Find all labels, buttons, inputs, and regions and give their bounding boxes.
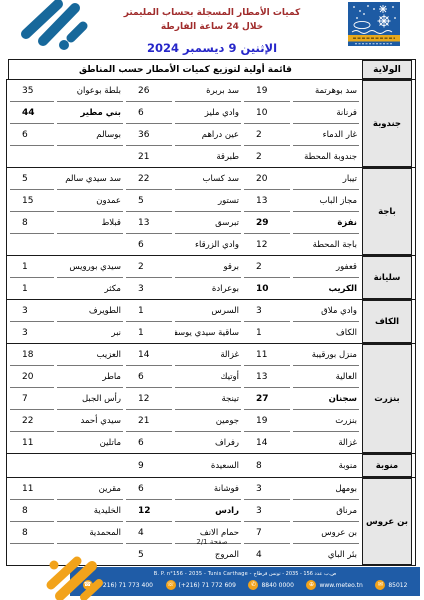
rainfall-value: 5 [126,190,172,212]
station-name: فرنانة [293,102,359,124]
table-row: بن عروسبومهل3فوشانة6مقرين11 [10,478,412,500]
rainfall-value: 12 [126,388,172,410]
station-name: تبرسق [175,212,241,234]
rainfall-value: 2 [244,256,290,278]
rainfall-value: 6 [10,124,54,146]
station-name: نفزة [293,212,359,234]
bulletin-page: كميات الأمطار المسجلة بحساب المليمتر خلا… [0,0,424,58]
rainfall-value: 3 [244,300,290,322]
rainfall-value: 13 [126,212,172,234]
rainfall-value: 3 [244,500,290,522]
fax-icon: ☏ [166,580,176,590]
rainfall-value: 27 [244,388,290,410]
rainfall-value: 44 [10,102,54,124]
station-name: ماتلين [57,432,123,453]
rainfall-value: 2 [244,124,290,146]
rainfall-value: 26 [126,80,172,102]
station-name: الكاف [293,322,359,343]
station-name: مرناق [293,500,359,522]
station-name: عين دراهم [175,124,241,146]
rainfall-value: 3 [126,278,172,299]
wilaya-column-header: الولاية [362,60,412,79]
list-title-cell: قائمة أولية لتوزيع كميات الأمطار حسب الم… [12,60,359,79]
orange-stripes-logo [46,552,104,600]
page-header: كميات الأمطار المسجلة بحساب المليمتر خلا… [0,0,424,58]
station-name: الكريب [293,278,359,299]
rainfall-value: 5 [126,544,172,565]
rainfall-value: 7 [10,388,54,410]
station-name: رأس الجبل [57,388,123,410]
station-name: العالية [293,366,359,388]
rainfall-value: 9 [126,454,172,477]
station-name: بني مطير [57,102,123,124]
governorate-group: بنزرتمنزل بورقيبة11غزالة14العزيب18العالي… [6,343,416,454]
governorate-name: منوبة [362,454,412,477]
rainfall-value: 21 [126,146,172,167]
station-name: منوبة [293,454,359,477]
governorate-name: باجة [362,168,412,255]
rainfall-value: 3 [10,322,54,343]
station-name: بلطة بوعوان [57,80,123,102]
station-name: ماطر [57,366,123,388]
table-row: بنزرت19جومين21سيدي أحمد22 [10,410,412,432]
station-name: تينجة [175,388,241,410]
rainfall-value [10,146,54,167]
footer-bar: B. P. n°156 - 2035 - Tunis Carthage - ص.… [70,567,420,596]
station-name: سد سيدي سالم [57,168,123,190]
page-number-label: صفحة 2/1 [0,538,424,546]
rainfall-value: 18 [10,344,54,366]
rainfall-value: 6 [126,102,172,124]
station-name: رادس [175,500,241,522]
rainfall-value: 10 [244,102,290,124]
governorate-group: منوبةمنوبة8السعيدة9 [6,453,416,478]
station-name: سجنان [293,388,359,410]
station-name: مجاز الباب [293,190,359,212]
rainfall-value: 6 [126,234,172,255]
station-name: فوشانة [175,478,241,500]
rainfall-value: 1 [10,278,54,299]
table-row: سليانةقعفور2برقو2سيدي بورويس1 [10,256,412,278]
rainfall-value: 12 [126,500,172,522]
phone-call-icon: ✆ [248,580,258,590]
station-name: تستور [175,190,241,212]
contact-text: www.meteo.tn [319,582,362,589]
contact-text: 85012 [388,582,407,589]
station-name: بنزرت [293,410,359,432]
rainfall-value: 1 [126,322,172,343]
station-name: عمدون [57,190,123,212]
table-row: باجةتيبار20سد كساب22سد سيدي سالم5 [10,168,412,190]
table-row: الكافوادي ملاق3السرس1الطويرف3 [10,300,412,322]
governorate-name: جندوبة [362,80,412,167]
station-name: غزالة [293,432,359,453]
rainfall-value: 2 [126,256,172,278]
footer-address: B. P. n°156 - 2035 - Tunis Carthage - ص.… [70,571,420,577]
footer-contact: ✉85012 [375,580,407,590]
rainfall-value: 1 [244,322,290,343]
table-row: باجة المحطة12وادي الزرقاء6 [10,234,412,255]
station-name: بومهل [293,478,359,500]
station-name: غزالة [175,344,241,366]
rainfall-value: 1 [126,300,172,322]
governorate-name: سليانة [362,256,412,299]
station-name: سيدي بورويس [57,256,123,278]
contact-text: (+216) 71 773 400 [96,582,153,589]
station-name: مكثر [57,278,123,299]
rainfall-value: 14 [244,432,290,453]
globe-icon: ⊕ [306,580,316,590]
rainfall-value [10,234,54,255]
governorate-name: بنزرت [362,344,412,453]
rainfall-value: 29 [244,212,290,234]
contact-text: (+216) 71 772 609 [179,582,236,589]
rainfall-value: 13 [244,190,290,212]
table-row: جندوبةسد بوهرتمة19سد بربرة26بلطة بوعوان3… [10,80,412,102]
governorate-group: باجةتيبار20سد كساب22سد سيدي سالم5مجاز ال… [6,167,416,256]
rainfall-value: 6 [126,478,172,500]
station-name: السرس [175,300,241,322]
rainfall-value: 11 [10,432,54,453]
station-name: جومين [175,410,241,432]
rainfall-value: 13 [244,366,290,388]
station-name: المروج [175,544,241,565]
station-name: نبر [57,322,123,343]
table-row: نفزة29تبرسق13قبلاط8 [10,212,412,234]
rainfall-value: 8 [10,500,54,522]
table-row: منوبةمنوبة8السعيدة9 [10,454,412,477]
station-name: ساقية سيدي يوسف [175,322,241,343]
rainfall-value: 14 [126,344,172,366]
table-row: الكاف1ساقية سيدي يوسف1نبر3 [10,322,412,343]
rainfall-table: الولاية قائمة أولية لتوزيع كميات الأمطار… [8,59,416,566]
station-name: قبلاط [57,212,123,234]
rainfall-value: 8 [10,212,54,234]
rainfall-value: 3 [244,478,290,500]
rainfall-value: 4 [244,544,290,565]
governorate-group: الكافوادي ملاق3السرس1الطويرف3الكاف1ساقية… [6,299,416,344]
rainfall-value: 2 [244,146,290,167]
rainfall-value: 19 [244,410,290,432]
rainfall-value: 22 [10,410,54,432]
contact-text: 8840 0000 [261,582,293,589]
station-name: الخليدية [57,500,123,522]
rainfall-value: 11 [244,344,290,366]
table-row: العالية13أوتيك6ماطر20 [10,366,412,388]
governorate-name: الكاف [362,300,412,343]
station-name: الطويرف [57,300,123,322]
footer-contacts: ☎(+216) 71 773 400☏(+216) 71 772 609✆884… [70,580,420,590]
rainfall-value: 6 [126,366,172,388]
station-name: باجة المحطة [293,234,359,255]
station-name: برقو [175,256,241,278]
station-name: قعفور [293,256,359,278]
station-name: وادي ملاق [293,300,359,322]
station-name: سيدي أحمد [57,410,123,432]
rainfall-value: 11 [10,478,54,500]
station-name: السعيدة [175,454,241,477]
rainfall-value: 20 [10,366,54,388]
rainfall-value: 20 [244,168,290,190]
table-row: فرنانة10وادي مليز6بني مطير44 [10,102,412,124]
station-name: وادي الزرقاء [175,234,241,255]
governorate-group: سليانةقعفور2برقو2سيدي بورويس1الكريب10بوع… [6,255,416,300]
governorate-group: جندوبةسد بوهرتمة19سد بربرة26بلطة بوعوان3… [6,79,416,168]
rainfall-value: 19 [244,80,290,102]
rainfall-value: 5 [10,168,54,190]
table-row: مجاز الباب13تستور5عمدون15 [10,190,412,212]
rainfall-value: 22 [126,168,172,190]
table-header-row: الولاية قائمة أولية لتوزيع كميات الأمطار… [8,59,416,80]
station-name: سد بوهرتمة [293,80,359,102]
rainfall-value: 15 [10,190,54,212]
rainfall-value: 36 [126,124,172,146]
rainfall-value: 10 [244,278,290,299]
station-name: العزيب [57,344,123,366]
rainfall-value: 1 [10,256,54,278]
table-row: الكريب10بوعرادة3مكثر1 [10,278,412,299]
station-name [57,454,123,477]
rain-table-groups: جندوبةسد بوهرتمة19سد بربرة26بلطة بوعوان3… [8,79,416,566]
meteo-institute-emblem [348,2,400,46]
station-name: أوتيك [175,366,241,388]
sms-icon: ✉ [375,580,385,590]
station-name: رفراف [175,432,241,453]
table-row: غزالة14رفراف6ماتلين11 [10,432,412,453]
station-name [57,234,123,255]
station-name: سد بربرة [175,80,241,102]
rainfall-value: 12 [244,234,290,255]
station-name: مقرين [57,478,123,500]
table-row: جندوبة المحطة2طبرقة21 [10,146,412,167]
footer-contact: ✆8840 0000 [248,580,293,590]
station-name [57,146,123,167]
table-row: سجنان27تينجة12رأس الجبل7 [10,388,412,410]
station-name: بوسالم [57,124,123,146]
rainfall-value [10,454,54,477]
rainfall-value: 6 [126,432,172,453]
rainfall-value: 35 [10,80,54,102]
table-row: بنزرتمنزل بورقيبة11غزالة14العزيب18 [10,344,412,366]
station-name: وادي مليز [175,102,241,124]
table-row: مرناق3رادس12الخليدية8 [10,500,412,522]
rainfall-value: 8 [244,454,290,477]
station-name: سد كساب [175,168,241,190]
station-name: منزل بورقيبة [293,344,359,366]
station-name: غار الدماء [293,124,359,146]
footer-contact: ⊕www.meteo.tn [306,580,362,590]
station-name: بئر الباي [293,544,359,565]
footer-contact: ☏(+216) 71 772 609 [166,580,236,590]
table-row: غار الدماء2عين دراهم36بوسالم6 [10,124,412,146]
station-name: جندوبة المحطة [293,146,359,167]
governorate-name: بن عروس [362,478,412,565]
station-name: تيبار [293,168,359,190]
rainfall-value: 3 [10,300,54,322]
rainfall-value: 21 [126,410,172,432]
station-name: طبرقة [175,146,241,167]
station-name: بوعرادة [175,278,241,299]
